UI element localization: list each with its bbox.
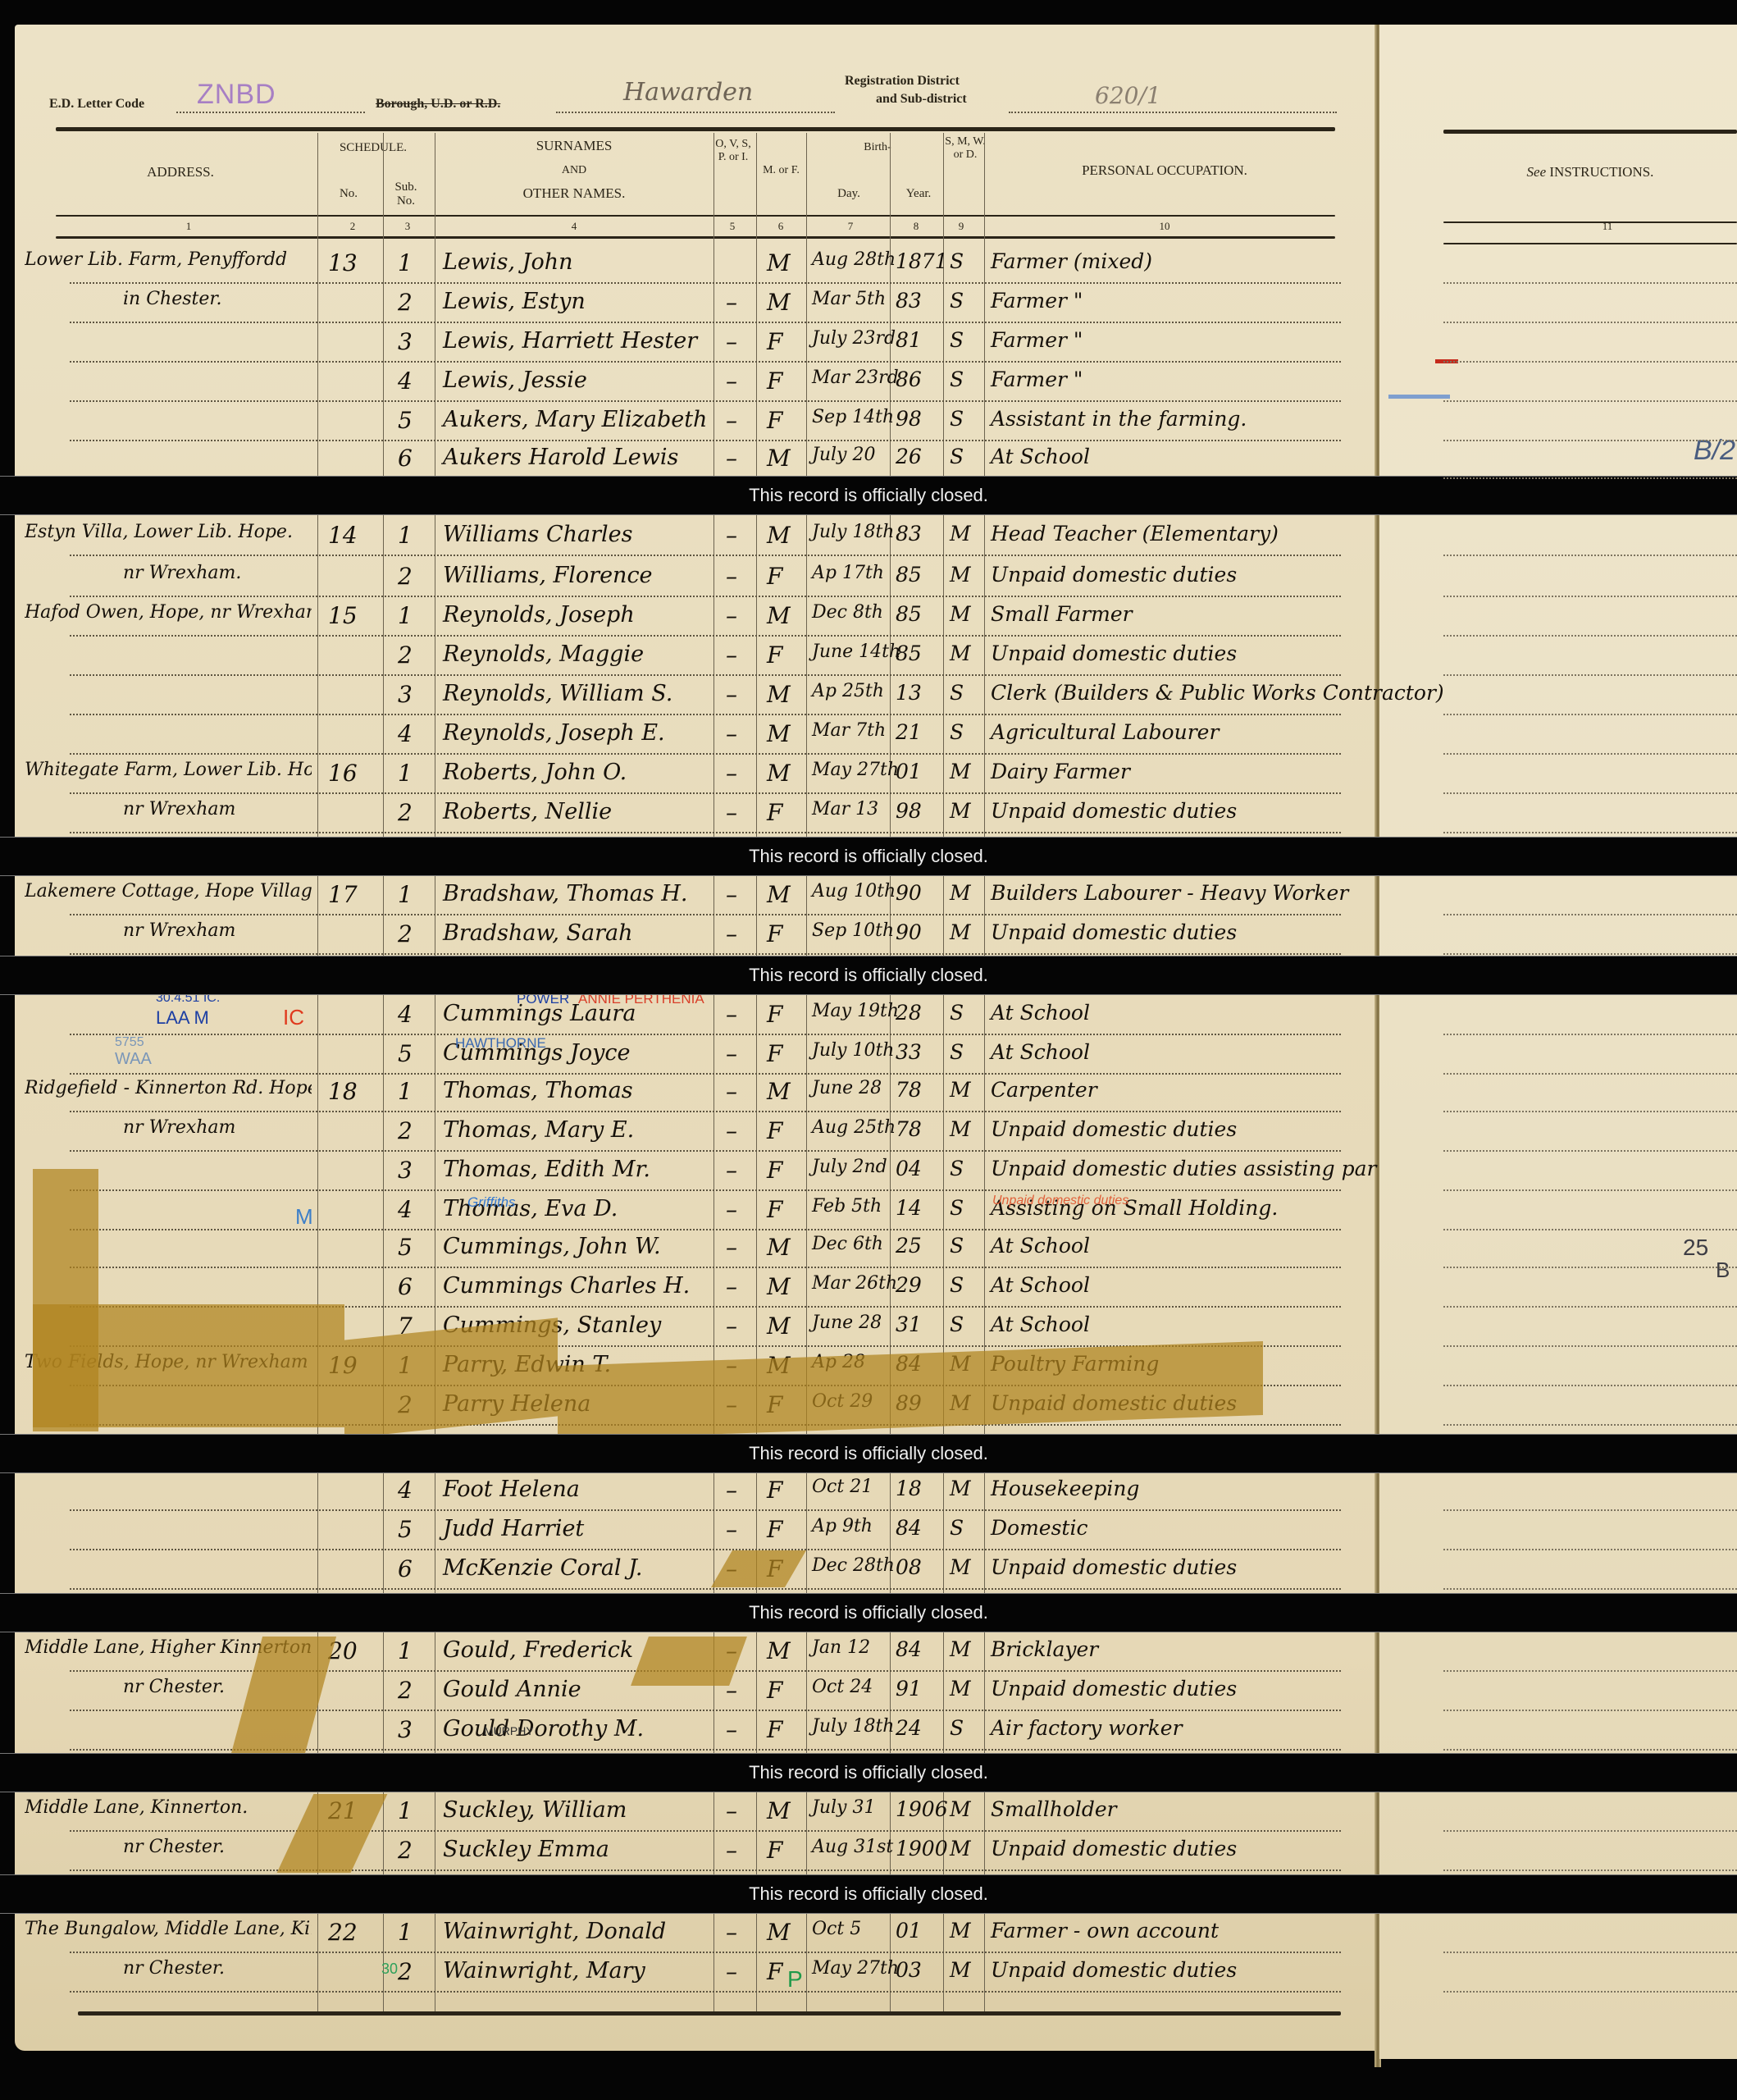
census-record-row: 5Cummings Joyce–FJuly 10th33SAt School (0, 1037, 1361, 1076)
cell-status: S (950, 1312, 964, 1336)
cell-name: Reynolds, Joseph (443, 602, 635, 628)
right-page-rule (1443, 1229, 1737, 1230)
cell-ovspi: – (726, 1001, 737, 1028)
cell-address: nr Wrexham (123, 1117, 410, 1138)
cell-occupation: Farmer " (991, 289, 1083, 313)
cell-sex: F (767, 563, 782, 590)
cell-status: M (950, 1637, 971, 1661)
column-number: 11 (1595, 220, 1620, 233)
cell-ovspi: – (726, 522, 737, 549)
cell-day: Sep 10th (812, 920, 894, 941)
cell-status: S (950, 328, 964, 352)
cell-year: 04 (896, 1157, 922, 1180)
cell-occupation: Unpaid domestic duties (991, 563, 1237, 587)
cell-sex: F (767, 1837, 782, 1864)
row-rule (70, 753, 1341, 755)
cell-year: 08 (896, 1555, 922, 1579)
cell-year: 29 (896, 1273, 922, 1297)
cell-occupation: Agricultural Labourer (991, 720, 1219, 744)
header-subrule-right (1443, 221, 1737, 223)
cell-sex: F (767, 1716, 782, 1743)
cell-year: 98 (896, 799, 922, 823)
cell-day: Dec 28th (812, 1555, 895, 1576)
cell-ovspi: – (726, 328, 737, 355)
cell-day: Mar 23rd (812, 367, 899, 388)
cell-sub: 1 (398, 1919, 413, 1946)
census-record-row: in Chester.2Lewis, Estyn–MMar 5th83SFarm… (0, 285, 1361, 325)
cell-day: Oct 24 (812, 1677, 873, 1697)
cell-sub: 1 (398, 1797, 413, 1824)
cell-sub: 3 (398, 1157, 413, 1184)
cell-occupation: Builders Labourer - Heavy Worker (991, 881, 1348, 905)
cell-sex: F (767, 1117, 782, 1144)
ed-letter-code-value: ZNBD (197, 79, 276, 111)
col-occupation: PERSONAL OCCUPATION. (992, 162, 1337, 179)
right-page-rule (1443, 1034, 1737, 1035)
row-rule (70, 832, 1341, 833)
cell-year: 84 (896, 1516, 922, 1540)
cell-year: 84 (896, 1637, 922, 1661)
cell-day: July 18th (812, 1716, 894, 1737)
cell-year: 86 (896, 367, 922, 391)
cell-year: 90 (896, 881, 922, 905)
row-rule (70, 1267, 1341, 1268)
cell-status: M (950, 522, 971, 546)
closed-record-text: This record is officially closed. (749, 1762, 988, 1783)
annotation-30: 30 (381, 1961, 398, 1978)
cell-sched: 17 (328, 881, 358, 908)
cell-sex: F (767, 920, 782, 947)
cell-status: M (950, 920, 971, 944)
cell-ovspi: – (726, 1117, 737, 1144)
cell-ovspi: – (726, 1157, 737, 1184)
row-rule (70, 1189, 1341, 1191)
cell-name: Judd Harriet (443, 1516, 584, 1541)
borough-label: Borough, U.D. or R.D. (376, 97, 500, 112)
census-record-row: 5Cummings, John W.–MDec 6th25SAt School (0, 1230, 1361, 1270)
col-sex: M. or F. (759, 164, 804, 177)
instructions-text: INSTRUCTIONS. (1549, 164, 1653, 180)
cell-sex: F (767, 1958, 782, 1985)
cell-ovspi: – (726, 1837, 737, 1864)
row-rule (70, 361, 1341, 363)
cell-sex: M (767, 522, 791, 549)
closed-record-banner: This record is officially closed. (0, 1753, 1737, 1792)
header-bottom-rule-right (1443, 243, 1737, 244)
right-page-rule (1443, 714, 1737, 715)
row-rule (70, 1509, 1341, 1511)
col-schedule: SCHEDULE. (316, 141, 431, 155)
row-rule (70, 1588, 1341, 1590)
census-record-row: 3Thomas, Edith Mr.–FJuly 2nd04SUnpaid do… (0, 1153, 1361, 1193)
cell-sex: F (767, 641, 782, 669)
cell-status: M (950, 1677, 971, 1701)
cell-year: 03 (896, 1958, 922, 1982)
closed-record-text: This record is officially closed. (749, 1883, 988, 1905)
right-page-rule (1443, 1991, 1737, 1993)
right-page-rule (1443, 322, 1737, 323)
closed-record-text: This record is officially closed. (749, 846, 988, 867)
census-record-row: nr Chester.2Suckley Emma–FAug 31st1900MU… (0, 1833, 1361, 1873)
cell-status: M (950, 1837, 971, 1860)
cell-name: Gould Annie (443, 1677, 581, 1702)
cell-sub: 4 (398, 1196, 413, 1223)
cell-year: 01 (896, 1919, 922, 1942)
cell-ovspi: – (726, 602, 737, 629)
col-ovspi: O, V, S, P. or I. (712, 138, 755, 164)
cell-day: Mar 5th (812, 289, 886, 309)
cell-occupation: Assistant in the farming. (991, 407, 1247, 431)
cell-day: May 27th (812, 760, 899, 780)
cell-sex: F (767, 1001, 782, 1028)
annotation-griffiths: Griffiths (467, 1194, 516, 1211)
cell-occupation: Farmer (mixed) (991, 249, 1152, 273)
cell-occupation: Domestic (991, 1516, 1087, 1540)
cell-year: 13 (896, 681, 922, 705)
col-instructions: See INSTRUCTIONS. (1443, 164, 1737, 180)
cell-sub: 2 (398, 920, 413, 947)
col-schedule-no: No. (316, 187, 381, 201)
cell-status: M (950, 1919, 971, 1942)
cell-occupation: At School (991, 1273, 1090, 1297)
cell-year: 1906 (896, 1797, 948, 1821)
cell-sub: 3 (398, 328, 413, 355)
cell-day: Oct 21 (812, 1477, 873, 1497)
cell-status: S (950, 720, 964, 744)
cell-status: M (950, 760, 971, 783)
cell-sub: 6 (398, 1273, 413, 1300)
cell-ovspi: – (726, 407, 737, 434)
cell-name: Roberts, Nellie (443, 799, 612, 824)
cell-name: Thomas, Mary E. (443, 1117, 634, 1143)
cell-sex: M (767, 249, 791, 276)
closed-record-banner: This record is officially closed. (0, 837, 1737, 876)
right-page-rule (1443, 1549, 1737, 1550)
cell-address: nr Wrexham. (123, 563, 410, 583)
right-page-rule (1443, 1189, 1737, 1191)
cell-day: July 10th (812, 1040, 894, 1061)
annotation-margin-m: M (295, 1204, 313, 1230)
census-record-row: nr Wrexham.2Williams, Florence–FAp 17th8… (0, 559, 1361, 599)
col-birth-year: Year. (894, 187, 943, 201)
col-status: S, M, W. or D. (945, 135, 986, 162)
right-page-rule (1443, 953, 1737, 955)
right-page-rule (1443, 282, 1737, 284)
right-page-rule (1443, 1424, 1737, 1426)
census-record-row: nr Wrexham2Roberts, Nellie–FMar 1398MUnp… (0, 796, 1361, 835)
right-page-rule (1443, 1150, 1737, 1152)
page-bottom-rule (78, 2011, 1341, 2016)
cell-ovspi: – (726, 681, 737, 708)
cell-address: nr Wrexham (123, 920, 410, 941)
cell-status: M (950, 641, 971, 665)
cell-occupation: Unpaid domestic duties (991, 920, 1237, 944)
col-schedule-sub: Sub. No. (385, 180, 426, 209)
header-rule-right (1443, 130, 1737, 134)
right-page-rule (1443, 792, 1737, 794)
cell-occupation: Small Farmer (991, 602, 1133, 626)
column-number: 8 (904, 220, 928, 233)
cell-status: S (950, 367, 964, 391)
cell-name: Williams Charles (443, 522, 632, 547)
cell-year: 01 (896, 760, 922, 783)
census-record-row: Lower Lib. Farm, Penyffordd131Lewis, Joh… (0, 246, 1361, 285)
cell-sex: M (767, 445, 791, 472)
annotation-hawthorne: HAWTHORNE (455, 1035, 546, 1052)
right-page-rule (1443, 1830, 1737, 1832)
annotation-unpaid-red: Unpaid domestic duties (992, 1194, 1128, 1208)
cell-year: 85 (896, 563, 922, 587)
annotation-p: P (787, 1966, 803, 1993)
cell-address: Middle Lane, Kinnerton. (25, 1797, 312, 1818)
annotation-margin: WAA (115, 1050, 152, 1069)
cell-sex: F (767, 407, 782, 434)
column-number: 1 (176, 220, 201, 233)
row-rule (70, 1991, 1341, 1993)
cell-name: Wainwright, Donald (443, 1919, 666, 1944)
right-page-rule (1443, 1345, 1737, 1347)
cell-sub: 2 (398, 641, 413, 669)
row-rule (70, 1952, 1341, 1953)
header-bottom-rule (56, 236, 1335, 239)
column-number: 10 (1152, 220, 1177, 233)
cell-sub: 5 (398, 407, 413, 434)
cell-ovspi: – (726, 1477, 737, 1504)
cell-name: Reynolds, Maggie (443, 641, 644, 667)
annotation-margin: IC (283, 1005, 304, 1030)
cell-ovspi: – (726, 1196, 737, 1223)
cell-address: Estyn Villa, Lower Lib. Hope. (25, 522, 312, 542)
row-rule (70, 1869, 1341, 1871)
cell-year: 85 (896, 602, 922, 626)
row-rule (70, 322, 1341, 323)
cell-name: Cummings Charles H. (443, 1273, 690, 1299)
cell-year: 18 (896, 1477, 922, 1500)
cell-occupation: Bricklayer (991, 1637, 1098, 1661)
annotation-right-b: B (1716, 1258, 1730, 1283)
right-page-rule (1443, 753, 1737, 755)
dotted-line (176, 112, 365, 113)
cell-occupation: Unpaid domestic duties (991, 641, 1237, 665)
column-number: 2 (340, 220, 365, 233)
row-rule (70, 914, 1341, 915)
row-rule (70, 1111, 1341, 1112)
cell-ovspi: – (726, 920, 737, 947)
right-page-rule (1443, 555, 1737, 556)
cell-sub: 1 (398, 522, 413, 549)
borough-value: Hawarden (623, 78, 753, 107)
cell-sched: 22 (328, 1919, 358, 1946)
cell-year: 91 (896, 1677, 922, 1701)
cell-sub: 5 (398, 1040, 413, 1067)
cell-sex: M (767, 1234, 791, 1261)
column-number: 4 (562, 220, 586, 233)
cell-name: Lewis, Jessie (443, 367, 587, 393)
annotation-margin: LAA M (156, 1007, 209, 1029)
cell-sub: 2 (398, 799, 413, 826)
row-rule (70, 596, 1341, 597)
census-record-row: 3Lewis, Harriett Hester–FJuly 23rd81SFar… (0, 325, 1361, 364)
column-number: 9 (949, 220, 973, 233)
cell-address: nr Wrexham (123, 799, 410, 819)
cell-sex: M (767, 602, 791, 629)
cell-sched: 14 (328, 522, 358, 549)
cell-ovspi: – (726, 799, 737, 826)
cell-ovspi: – (726, 1516, 737, 1543)
col-birth-day: Day. (808, 187, 890, 201)
cell-year: 78 (896, 1117, 922, 1141)
cell-address: Lower Lib. Farm, Penyffordd (25, 249, 312, 270)
census-record-row: Middle Lane, Kinnerton.211Suckley, Willi… (0, 1794, 1361, 1833)
census-record-row: nr Wrexham2Bradshaw, Sarah–FSep 10th90MU… (0, 917, 1361, 956)
row-rule (70, 953, 1341, 955)
cell-day: Ap 25th (812, 681, 884, 701)
row-rule (70, 400, 1341, 402)
cell-sub: 4 (398, 1477, 413, 1504)
right-page-rule (1443, 1588, 1737, 1590)
census-record-row: Hafod Owen, Hope, nr Wrexham151Reynolds,… (0, 599, 1361, 638)
column-number: 5 (720, 220, 745, 233)
census-record-row: 6McKenzie Coral J.–FDec 28th08MUnpaid do… (0, 1552, 1361, 1591)
cell-sub: 2 (398, 1837, 413, 1864)
right-page-rule (1443, 477, 1737, 479)
cell-year: 81 (896, 328, 922, 352)
tape-patch (33, 1304, 344, 1427)
cell-day: June 28 (812, 1312, 882, 1333)
ed-letter-code-label: E.D. Letter Code (49, 97, 144, 112)
cell-occupation: Unpaid domestic duties (991, 1555, 1237, 1579)
row-rule (70, 714, 1341, 715)
cell-day: July 20 (812, 445, 875, 465)
cell-name: Lewis, Harriett Hester (443, 328, 697, 354)
col-surnames: SURNAMES (435, 138, 713, 154)
cell-name: Williams, Florence (443, 563, 653, 588)
cell-year: 24 (896, 1716, 922, 1740)
cell-sub: 1 (398, 881, 413, 908)
cell-sub: 4 (398, 1001, 413, 1028)
cell-status: M (950, 1477, 971, 1500)
cell-name: Gould Dorothy M. (443, 1716, 644, 1742)
cell-sex: M (767, 289, 791, 316)
registration-label-1: Registration District (845, 74, 960, 89)
cell-year: 14 (896, 1196, 922, 1220)
cell-sex: F (767, 1677, 782, 1704)
right-page-rule (1443, 1267, 1737, 1268)
registration-value: 620/1 (1095, 82, 1161, 109)
cell-sched: 18 (328, 1078, 358, 1105)
cell-sex: F (767, 367, 782, 395)
right-page-rule (1443, 1509, 1737, 1511)
cell-ovspi: – (726, 1273, 737, 1300)
right-page-rule (1443, 674, 1737, 676)
cell-ovspi: – (726, 563, 737, 590)
census-record-row: 4Reynolds, Joseph E.–MMar 7th21SAgricult… (0, 717, 1361, 756)
right-page-rule (1443, 1952, 1737, 1953)
cell-name: Thomas, Edith Mr. (443, 1157, 650, 1182)
header-subrule (56, 215, 1335, 217)
closed-record-text: This record is officially closed. (749, 965, 988, 986)
cell-sex: M (767, 1273, 791, 1300)
cell-sex: F (767, 1477, 782, 1504)
cell-sex: F (767, 328, 782, 355)
cell-occupation: At School (991, 1312, 1090, 1336)
cell-day: Oct 5 (812, 1919, 861, 1939)
cell-sex: M (767, 720, 791, 747)
column-number: 3 (395, 220, 420, 233)
cell-name: Thomas, Thomas (443, 1078, 633, 1103)
cell-sex: M (767, 1312, 791, 1340)
cell-sex: M (767, 760, 791, 787)
cell-status: S (950, 1040, 964, 1064)
row-rule (70, 1549, 1341, 1550)
cell-sub: 3 (398, 681, 413, 708)
row-rule (70, 282, 1341, 284)
cell-day: July 23rd (812, 328, 896, 349)
column-number: 6 (768, 220, 793, 233)
cell-name: Roberts, John O. (443, 760, 627, 785)
cell-day: July 18th (812, 522, 894, 542)
cell-year: 98 (896, 407, 922, 431)
cell-sex: F (767, 1516, 782, 1543)
instructions-see: See (1527, 164, 1547, 180)
right-page-rule (1443, 400, 1737, 402)
cell-day: May 27th (812, 1958, 899, 1979)
dotted-line (1009, 112, 1337, 113)
header-rule (56, 127, 1335, 131)
registration-label-2: and Sub-district (876, 92, 967, 107)
census-record-row: nr Chester.2Wainwright, Mary–FMay 27th03… (0, 1955, 1361, 1994)
right-page-rule (1443, 914, 1737, 915)
cell-sex: M (767, 681, 791, 708)
cell-occupation: Carpenter (991, 1078, 1097, 1102)
cell-sex: M (767, 1637, 791, 1664)
cell-sub: 1 (398, 1637, 413, 1664)
cell-ovspi: – (726, 1040, 737, 1067)
cell-status: S (950, 1196, 964, 1220)
cell-status: S (950, 445, 964, 468)
right-page-rule (1443, 1073, 1737, 1075)
cell-occupation: Unpaid domestic duties (991, 799, 1237, 823)
cell-address: The Bungalow, Middle Lane, Kinnerton (25, 1919, 312, 1939)
cell-sub: 2 (398, 1117, 413, 1144)
cell-name: Aukers, Mary Elizabeth (443, 407, 707, 432)
cell-occupation: Unpaid domestic duties assisting par (991, 1157, 1376, 1180)
cell-name: Wainwright, Mary (443, 1958, 645, 1984)
census-record-row: 6Aukers Harold Lewis–MJuly 2026SAt Schoo… (0, 441, 1361, 481)
cell-name: Suckley, William (443, 1797, 627, 1823)
cell-day: Aug 31st (812, 1837, 893, 1857)
cell-address: nr Chester. (123, 1958, 410, 1979)
right-page-rule (1443, 1749, 1737, 1751)
cell-day: July 2nd (812, 1157, 887, 1177)
cell-address: Ridgefield - Kinnerton Rd. Hope (25, 1078, 312, 1098)
cell-status: M (950, 563, 971, 587)
cell-sex: F (767, 1196, 782, 1223)
cell-name: Suckley Emma (443, 1837, 609, 1862)
census-record-row: Lakemere Cottage, Hope Village.171Bradsh… (0, 878, 1361, 917)
cell-ovspi: – (726, 1797, 737, 1824)
row-rule (70, 1150, 1341, 1152)
cell-status: M (950, 1078, 971, 1102)
cell-sub: 2 (398, 1677, 413, 1704)
cell-name: McKenzie Coral J. (443, 1555, 642, 1581)
cell-sex: M (767, 1919, 791, 1946)
cell-sub: 2 (398, 1958, 413, 1985)
cell-status: S (950, 407, 964, 431)
cell-year: 85 (896, 641, 922, 665)
census-record-row: 4Lewis, Jessie–FMar 23rd86SFarmer " (0, 364, 1361, 404)
cell-sex: M (767, 881, 791, 908)
